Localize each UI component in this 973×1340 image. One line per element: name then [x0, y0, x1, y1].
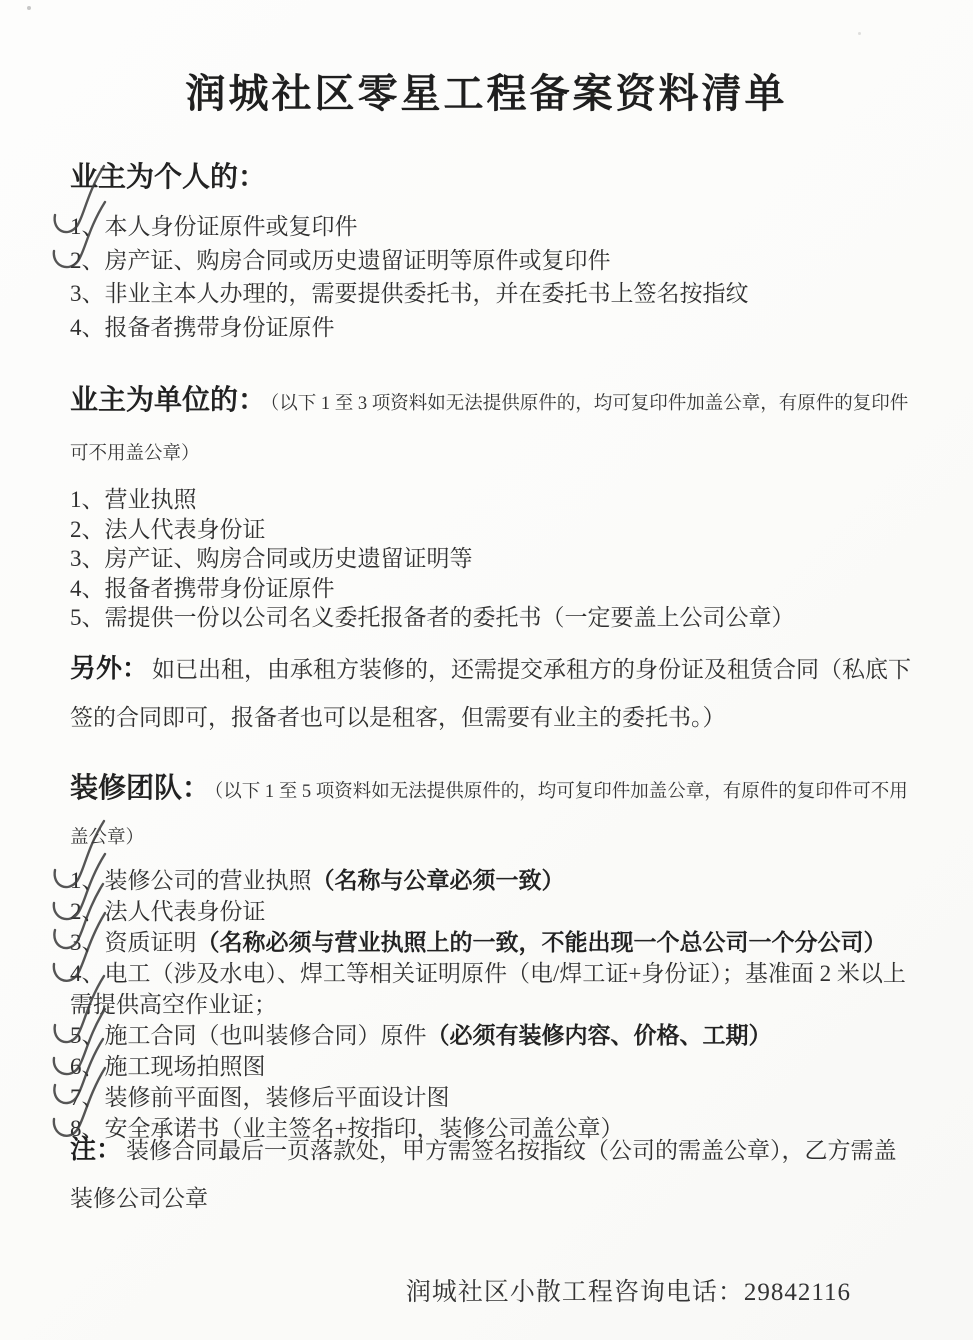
section-note: 注：装修合同最后一页落款处，甲方需签名按指纹（公司的需盖公章），乙方需盖装修公司… [70, 1126, 917, 1223]
item-text: 报备者携带身份证原件 [105, 315, 335, 340]
list-item: 5、施工合同（也叫装修合同）原件（必须有装修内容、价格、工期） [70, 1020, 917, 1051]
item-text: 施工现场拍照图 [105, 1054, 266, 1079]
list-item: 4、电工（涉及水电）、焊工等相关证明原件（电/焊工证+身份证）；基准面 2 米以… [70, 958, 917, 1020]
item-text: 电工（涉及水电）、焊工等相关证明原件（电/焊工证+身份证）；基准面 2 米以上需… [70, 961, 906, 1017]
extra-text: 如已出租，由承租方装修的，还需提交承租方的身份证及租赁合同（私底下签的合同即可，… [70, 657, 911, 730]
footer-label: 润城社区小散工程咨询电话： [406, 1279, 744, 1306]
item-number: 2、 [70, 244, 105, 278]
list-item: 4、报备者携带身份证原件 [70, 311, 917, 345]
footer-contact: 润城社区小散工程咨询电话：29842116 [406, 1272, 851, 1308]
item-number: 3、 [70, 277, 105, 311]
item-number: 2、 [70, 896, 105, 927]
list-item: 4、报备者携带身份证原件 [70, 574, 917, 604]
list-item: 3、房产证、购房合同或历史遗留证明等 [70, 544, 917, 574]
extra-paragraph: 另外：如已出租，由承租方装修的，还需提交承租方的身份证及租赁合同（私底下签的合同… [70, 645, 917, 742]
section-heading: 业主为个人的： [70, 156, 917, 200]
checklist-company: 1、营业执照 2、法人代表身份证 3、房产证、购房合同或历史遗留证明等 4、报备… [70, 485, 917, 633]
item-bold-note: （必须有装修内容、价格、工期） [427, 1023, 772, 1048]
item-number: 3、 [70, 544, 105, 574]
item-text: 报备者携带身份证原件 [105, 576, 335, 601]
checklist-personal: 1、本人身份证原件或复印件 2、房产证、购房合同或历史遗留证明等原件或复印件 3… [70, 210, 917, 344]
extra-label: 另外： [70, 654, 148, 683]
footer-phone: 29842116 [744, 1279, 851, 1306]
item-number: 5、 [70, 1020, 105, 1051]
item-text: 法人代表身份证 [105, 517, 266, 542]
list-item: 2、法人代表身份证 [70, 515, 917, 545]
note-text: 装修合同最后一页落款处，甲方需签名按指纹（公司的需盖公章），乙方需盖装修公司公章 [70, 1138, 897, 1211]
list-item: 2、法人代表身份证 [70, 896, 917, 927]
item-text: 房产证、购房合同或历史遗留证明等原件或复印件 [105, 248, 611, 273]
item-number: 3、 [70, 927, 105, 958]
scan-speck [27, 6, 31, 10]
item-number: 4、 [70, 311, 105, 345]
item-text: 需提供一份以公司名义委托报备者的委托书（一定要盖上公司公章） [105, 605, 795, 630]
item-number: 1、 [70, 485, 105, 515]
item-number: 6、 [70, 1051, 105, 1082]
list-item: 6、施工现场拍照图 [70, 1051, 917, 1082]
item-text: 施工合同（也叫装修合同）原件 [105, 1023, 427, 1048]
item-text: 房产证、购房合同或历史遗留证明等 [105, 546, 473, 571]
section-extra: 另外：如已出租，由承租方装修的，还需提交承租方的身份证及租赁合同（私底下签的合同… [70, 645, 917, 742]
list-item: 2、房产证、购房合同或历史遗留证明等原件或复印件 [70, 244, 917, 278]
section-owner-personal: 业主为个人的： 1、本人身份证原件或复印件 2、房产证、购房合同或历史遗留证明等… [70, 156, 917, 344]
item-text: 营业执照 [105, 487, 197, 512]
item-bold-note: （名称与公章必须一致） [312, 868, 565, 893]
item-number: 2、 [70, 515, 105, 545]
item-bold-note: （名称必须与营业执照上的一致，不能出现一个总公司一个分公司） [197, 930, 887, 955]
list-item: 1、营业执照 [70, 485, 917, 515]
note-paragraph: 注：装修合同最后一页落款处，甲方需签名按指纹（公司的需盖公章），乙方需盖装修公司… [70, 1126, 917, 1223]
list-item: 3、资质证明（名称必须与营业执照上的一致，不能出现一个总公司一个分公司） [70, 927, 917, 958]
section-heading: 装修团队：（以下 1 至 5 项资料如无法提供原件的，均可复印件加盖公章，有原件… [70, 766, 917, 861]
page-title: 润城社区零星工程备案资料清单 [0, 62, 973, 119]
item-number: 1、 [70, 210, 105, 244]
section-renovation-team: 装修团队：（以下 1 至 5 项资料如无法提供原件的，均可复印件加盖公章，有原件… [70, 766, 917, 1144]
note-label: 注： [70, 1135, 122, 1164]
checklist-team: 1、装修公司的营业执照（名称与公章必须一致） 2、法人代表身份证 3、资质证明（… [70, 865, 917, 1144]
item-text: 法人代表身份证 [105, 899, 266, 924]
item-text: 装修公司的营业执照 [105, 868, 312, 893]
item-text: 资质证明 [105, 930, 197, 955]
scan-speck [858, 32, 861, 35]
item-number: 1、 [70, 865, 105, 896]
list-item: 7、装修前平面图，装修后平面设计图 [70, 1082, 917, 1113]
item-number: 4、 [70, 574, 105, 604]
section-owner-company: 业主为单位的：（以下 1 至 3 项资料如无法提供原件的，均可复印件加盖公章，有… [70, 376, 917, 633]
list-item: 3、非业主本人办理的，需要提供委托书，并在委托书上签名按指纹 [70, 277, 917, 311]
item-number: 4、 [70, 958, 105, 989]
item-text: 装修前平面图，装修后平面设计图 [105, 1085, 450, 1110]
item-number: 7、 [70, 1082, 105, 1113]
document-page: 润城社区零星工程备案资料清单 业主为个人的： 1、本人身份证原件或复印件 2、房… [0, 0, 973, 1340]
item-number: 5、 [70, 603, 105, 633]
item-text: 本人身份证原件或复印件 [105, 214, 358, 239]
list-item: 1、本人身份证原件或复印件 [70, 210, 917, 244]
item-text: 非业主本人办理的，需要提供委托书，并在委托书上签名按指纹 [105, 281, 749, 306]
list-item: 1、装修公司的营业执照（名称与公章必须一致） [70, 865, 917, 896]
list-item: 5、需提供一份以公司名义委托报备者的委托书（一定要盖上公司公章） [70, 603, 917, 633]
section-heading: 业主为单位的：（以下 1 至 3 项资料如无法提供原件的，均可复印件加盖公章，有… [70, 376, 917, 479]
